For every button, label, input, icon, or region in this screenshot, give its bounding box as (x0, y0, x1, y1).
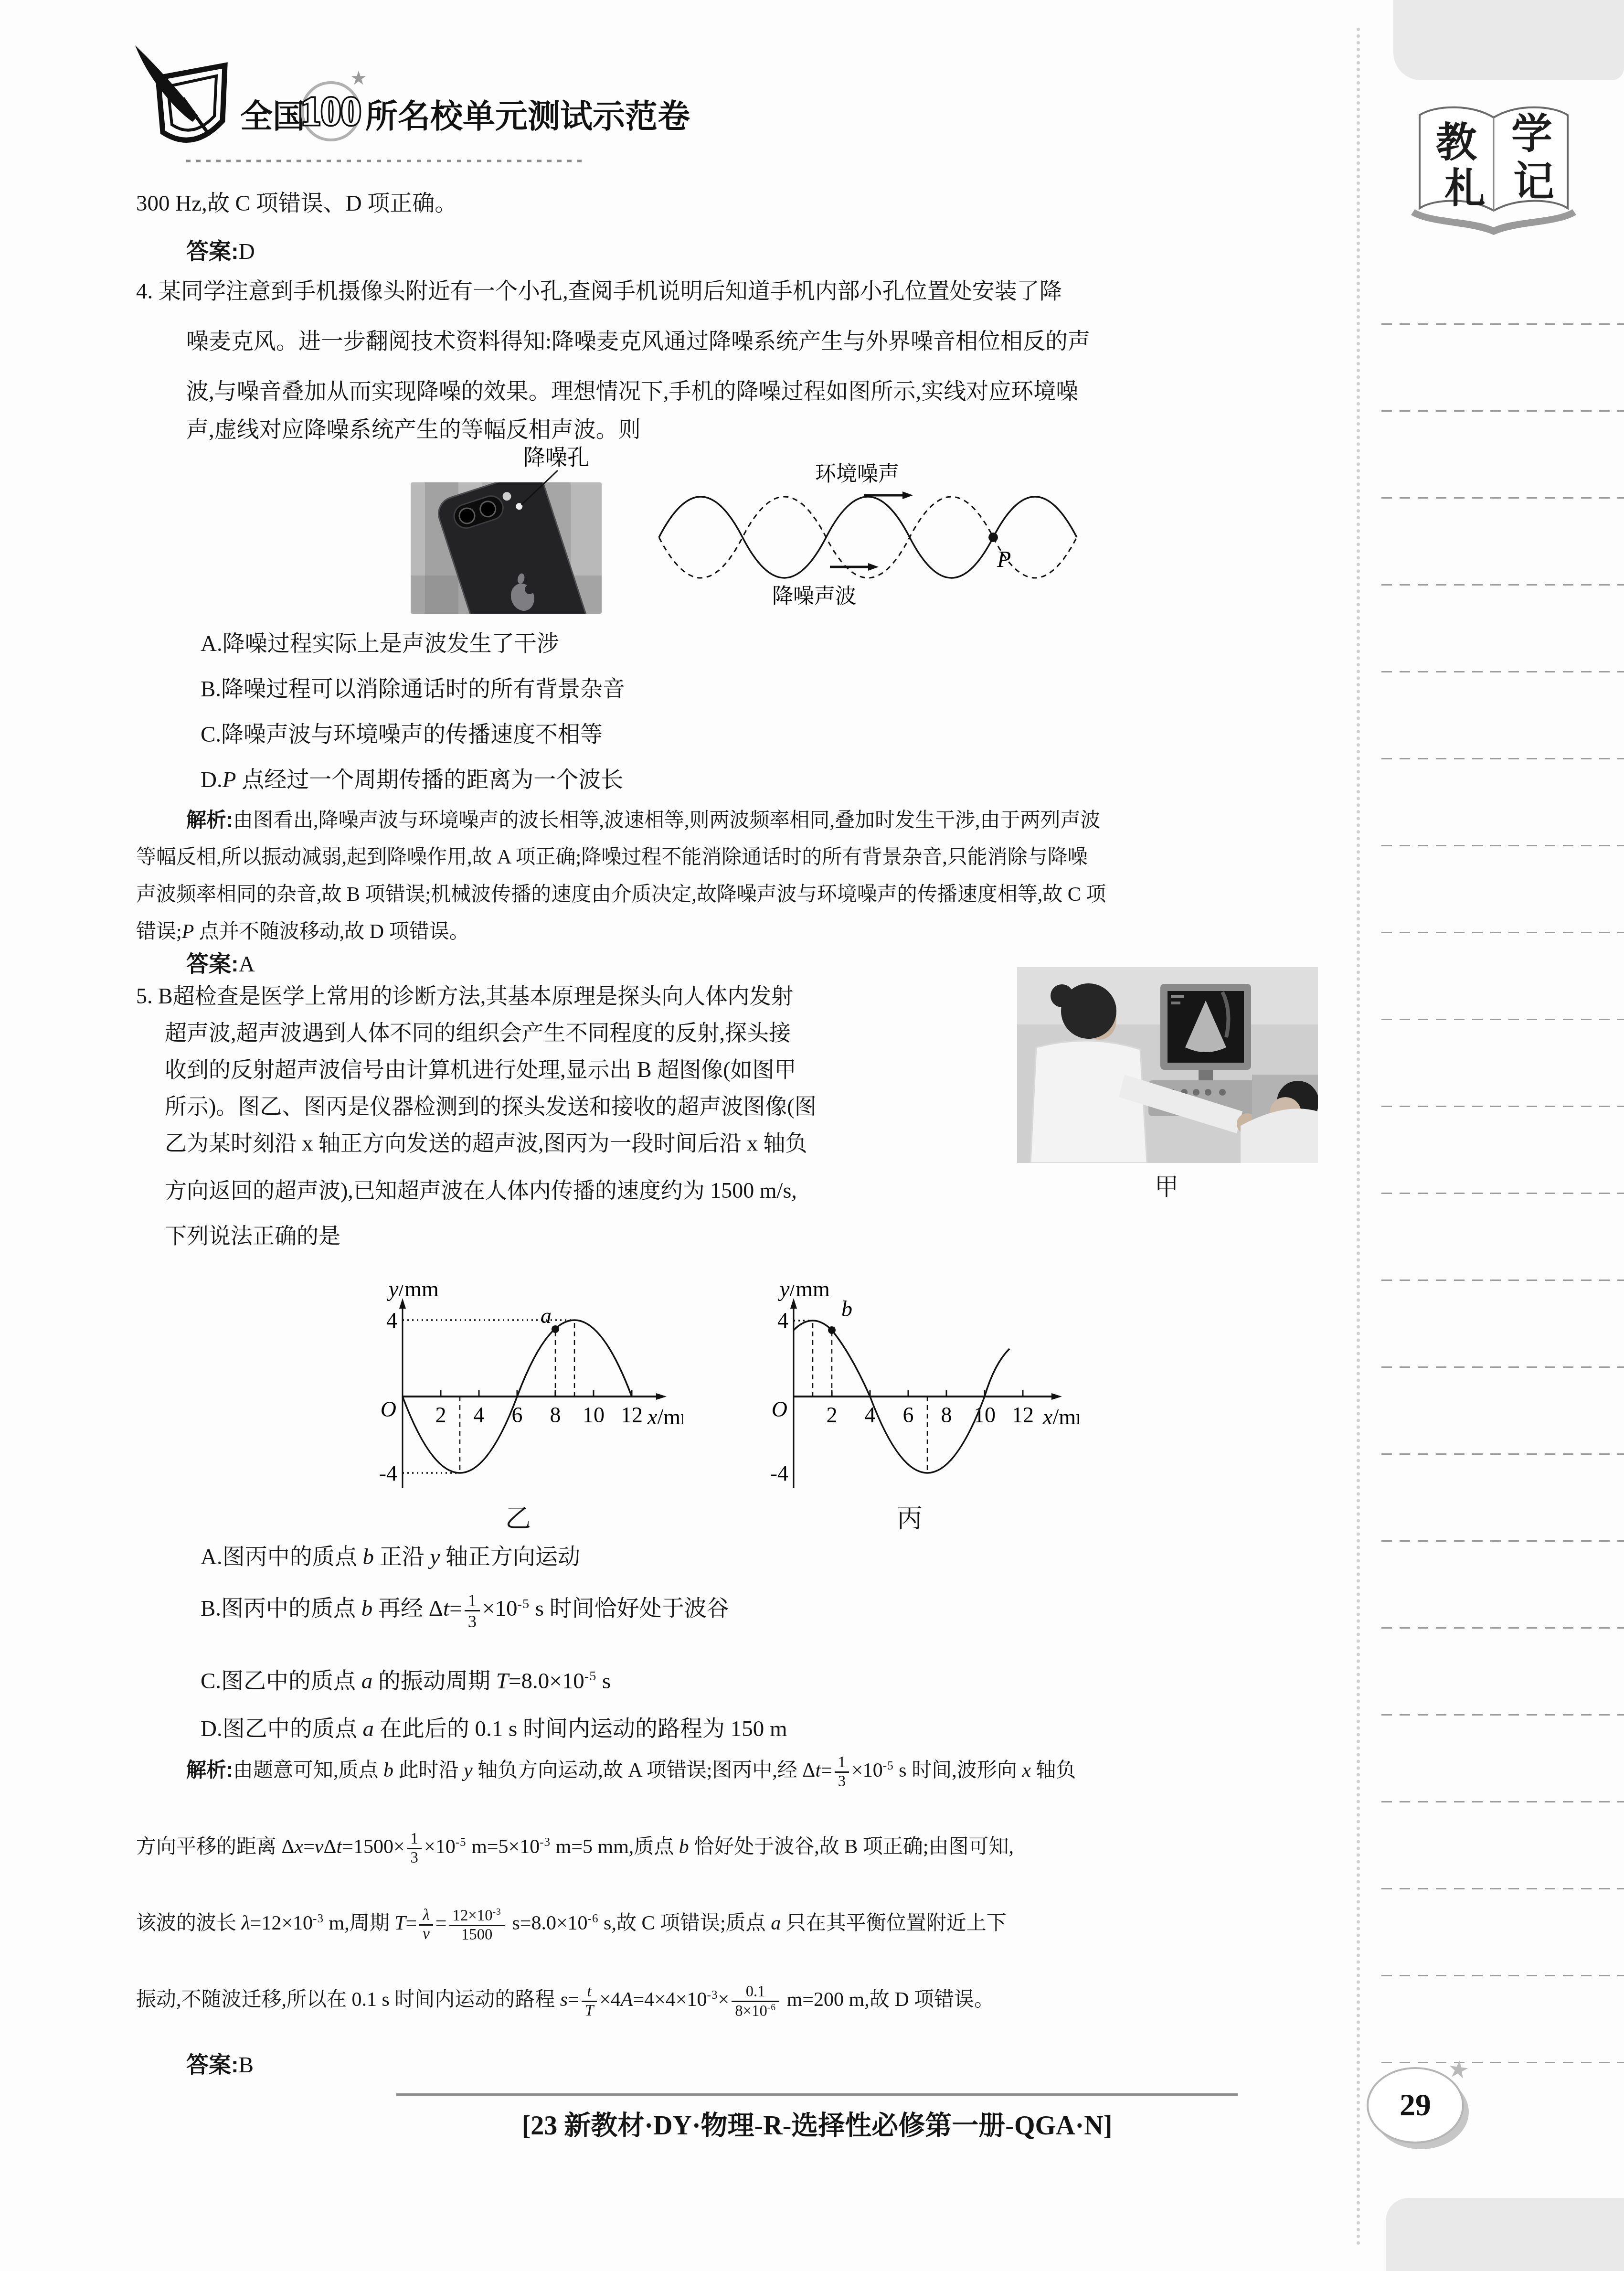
note-char-2: 学 (1511, 111, 1552, 157)
answer-line-q4: 答案:A (186, 950, 255, 978)
bottom-right-corner-block (1386, 2198, 1624, 2271)
ruled-line (1381, 1019, 1624, 1020)
q4-line-1: 4. 某同学注意到手机摄像头附近有一个小孔,查阅手机说明后知道手机内部小孔位置处… (136, 278, 1062, 305)
tick-12: 12 (621, 1403, 643, 1427)
footer-edition-text: [23 新教材·DY·物理-R-选择性必修第一册-QGA·N] (396, 2104, 1238, 2143)
x-axis-label: x/mm (647, 1405, 683, 1429)
point-b-label: b (841, 1297, 852, 1321)
quill-feather-icon (135, 45, 198, 122)
ruled-line (1381, 845, 1624, 846)
tick-8: 8 (550, 1403, 561, 1427)
point-a-label: a (541, 1303, 552, 1328)
ruled-line (1381, 1453, 1624, 1455)
ymin-label: -4 (379, 1461, 397, 1485)
footer-rule (396, 2093, 1238, 2096)
tick-2: 2 (435, 1403, 446, 1427)
q5-option-d: D.图乙中的质点 a 在此后的 0.1 s 时间内运动的路程为 150 m (201, 1716, 787, 1742)
y-axis-label: y/mm (387, 1285, 439, 1301)
ruled-line (1381, 1975, 1624, 1976)
q5-analysis-4: 振动,不随波迁移,所以在 0.1 s 时间内运动的路程 s=tT×4A=4×4×… (136, 1983, 994, 2020)
answer-line-q5: 答案:B (186, 2051, 254, 2079)
q4-line-2: 噪麦克风。进一步翻阅技术资料得知:降噪麦克风通过降噪系统产生与外界噪音相位相反的… (186, 328, 1090, 355)
ruled-line (1381, 1540, 1624, 1542)
ruled-line (1381, 1279, 1624, 1281)
point-P-dot (988, 533, 998, 542)
brand-number: 100 (301, 89, 361, 134)
ruled-line (1381, 1627, 1624, 1629)
graph-caption-bing: 丙 (897, 1503, 923, 1535)
ruled-line (1381, 497, 1624, 499)
answer-line-q3: 答案:D (186, 238, 255, 265)
phone-photo (411, 469, 602, 619)
q5-analysis-2: 方向平移的距离 Δx=vΔt=1500×13×10-5 m=5×10-3 m=5… (136, 1830, 1014, 1866)
book-shadow (1411, 209, 1576, 235)
teaching-notes-book-icon: 教 学 札 记 (1409, 95, 1581, 238)
tick-10: 10 (583, 1403, 605, 1427)
q4-option-d: D.P 点经过一个周期传播的距离为一个波长 (201, 767, 623, 793)
page-number: 29 (1400, 2087, 1431, 2123)
q4-option-a: A.降噪过程实际上是声波发生了干涉 (201, 630, 559, 657)
q4-figure: 降噪孔 环境噪声 降噪声波 P (411, 442, 1084, 619)
env-noise-label: 环境噪声 (815, 462, 899, 486)
y-axis-label: y/mm (778, 1285, 830, 1301)
q5-line-7: 下列说法正确的是 (165, 1223, 340, 1249)
q4-line-4: 声,虚线对应降噪系统产生的等幅反相声波。则 (186, 416, 641, 443)
graph-bing: 2 4 6 8 10 12 x/mm y/mm O 4 -4 b (764, 1285, 1079, 1495)
brand-star-icon: ★ (350, 67, 367, 89)
note-char-4: 记 (1513, 159, 1554, 205)
x-axis-label: x/mm (1042, 1405, 1079, 1429)
graph-caption-yi: 乙 (505, 1503, 531, 1535)
doctor-coat (1030, 1041, 1147, 1163)
ruled-line (1381, 1714, 1624, 1716)
ruled-line (1381, 758, 1624, 759)
ruled-line (1381, 671, 1624, 672)
q4-analysis-4: 错误;P 点并不随波移动,故 D 项错误。 (136, 920, 469, 944)
q5-analysis-3: 该波的波长 λ=12×10-3 m,周期 T=λv=12×10-31500 s=… (136, 1907, 1007, 1943)
q5-line-6: 方向返回的超声波),已知超声波在人体内传播的速度约为 1500 m/s, (165, 1177, 797, 1204)
ruled-line (1381, 410, 1624, 412)
q4-analysis-1: 解析:由图看出,降噪声波与环境噪声的波长相等,波速相等,则两波频率相同,叠加时发… (186, 808, 1101, 832)
q4-option-c: C.降噪声波与环境噪声的传播速度不相等 (201, 721, 603, 748)
q4-option-b: B.降噪过程可以消除通话时的所有背景杂音 (201, 676, 625, 703)
ruled-line (1381, 1888, 1624, 1889)
origin-label: O (381, 1397, 396, 1421)
q5-line-3: 收到的反射超声波信号由计算机进行处理,显示出 B 超图像(如图甲 (165, 1056, 796, 1083)
q4-analysis-3: 声波频率相同的杂音,故 B 项错误;机械波传播的速度由介质决定,故降噪声波与环境… (136, 883, 1106, 906)
origin-label: O (772, 1397, 787, 1421)
note-char-1: 教 (1436, 120, 1477, 166)
photo-caption-jia: 甲 (1155, 1168, 1178, 1202)
noise-hole-label: 降噪孔 (523, 445, 589, 469)
interference-wave-diagram: 环境噪声 降噪声波 P (659, 462, 1077, 608)
ruled-line (1381, 584, 1624, 586)
q4-analysis-2: 等幅反相,所以振动减弱,起到降噪作用,故 A 项正确;降噪过程不能消除通话时的所… (136, 845, 1088, 869)
ruled-line (1381, 1106, 1624, 1107)
ymax-label: 4 (777, 1308, 788, 1333)
tick-2: 2 (827, 1403, 838, 1427)
top-right-corner-block (1393, 0, 1624, 80)
point-P-label: P (997, 547, 1011, 572)
ruled-line (1381, 323, 1624, 325)
note-char-3: 札 (1444, 166, 1486, 212)
margin-dotted-divider (1357, 28, 1360, 2246)
tick-6: 6 (903, 1403, 914, 1427)
tick-12: 12 (1012, 1403, 1034, 1427)
ruled-line (1381, 1193, 1624, 1194)
q5-analysis-1: 解析:由题意可知,质点 b 此时沿 y 轴负方向运动,故 A 项错误;图丙中,经… (186, 1754, 1076, 1790)
q5-line-1: 5. B超检查是医学上常用的诊断方法,其基本原理是探头向人体内发射 (136, 983, 793, 1009)
ruled-line (1381, 2062, 1624, 2063)
q5-option-b: B.图丙中的质点 b 再经 Δt=13×10-5 s 时间恰好处于波谷 (201, 1590, 729, 1631)
q4-line-3: 波,与噪音叠加从而实现降噪的效果。理想情况下,手机的降噪过程如图所示,实线对应环… (186, 378, 1078, 405)
brand-logo: 全国 100 ★ 所名校单元测试示范卷 (127, 41, 700, 172)
carryover-analysis-line: 300 Hz,故 C 项错误、D 项正确。 (136, 190, 457, 217)
q5-line-2: 超声波,超声波遇到人体不同的组织会产生不同程度的反射,探头接 (165, 1020, 791, 1046)
ruled-line (1381, 932, 1624, 933)
graph-yi: 2 4 6 8 10 12 x/mm y/mm O 4 -4 a (377, 1285, 683, 1495)
brand-text-pre: 全国 (240, 98, 305, 135)
brand-text-post: 所名校单元测试示范卷 (365, 98, 690, 135)
point-b-dot (828, 1326, 836, 1334)
q5-line-5: 乙为某时刻沿 x 轴正方向发送的超声波,图丙为一段时间后沿 x 轴负 (165, 1130, 807, 1156)
tick-8: 8 (941, 1403, 952, 1427)
q5-line-4: 所示)。图乙、图丙是仪器检测到的探头发送和接收的超声波图像(图 (165, 1093, 817, 1120)
tick-4: 4 (474, 1403, 485, 1427)
page: { "brand": { "pre": "全国", "num": "100", … (0, 0, 1624, 2271)
ultrasound-photo (1017, 967, 1318, 1163)
ruled-line (1381, 1801, 1624, 1802)
ruled-line (1381, 1366, 1624, 1368)
anti-noise-label: 降噪声波 (772, 585, 856, 608)
ymax-label: 4 (386, 1308, 397, 1333)
ymin-label: -4 (770, 1461, 788, 1485)
q5-option-c: C.图乙中的质点 a 的振动周期 T=8.0×10-5 s (201, 1668, 611, 1695)
point-a-dot (552, 1325, 559, 1333)
q5-option-a: A.图丙中的质点 b 正沿 y 轴正方向运动 (201, 1544, 580, 1570)
page-star-icon: ★ (1446, 2054, 1471, 2085)
